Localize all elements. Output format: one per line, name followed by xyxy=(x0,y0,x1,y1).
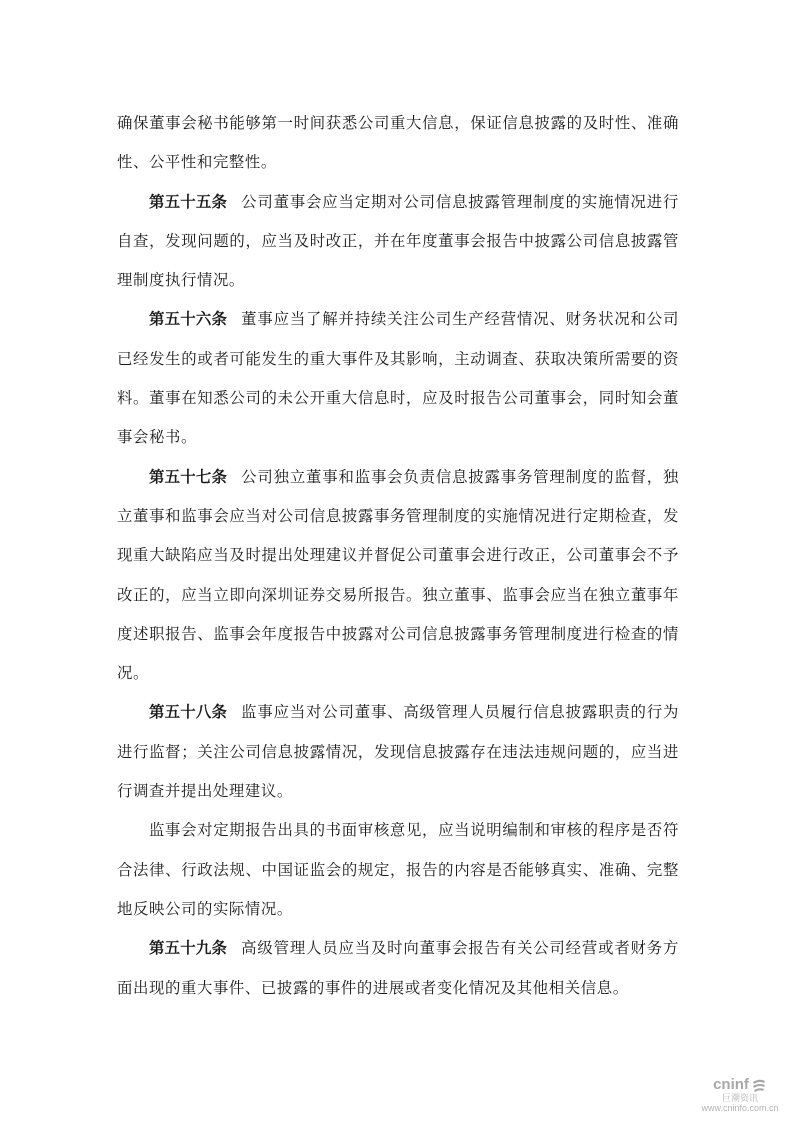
watermark-brand-text: cninf xyxy=(713,1077,749,1093)
article-58-paragraph-2: 监事会对定期报告出具的书面审核意见，应当说明编制和审核的程序是否符合法律、行政法… xyxy=(117,811,679,929)
article-59: 第五十九条高级管理人员应当及时向董事会报告有关公司经营或者财务方面出现的重大事件… xyxy=(117,929,679,1008)
cninfo-watermark: cninf 巨潮资讯 www.cninfo.com.cn xyxy=(695,1077,785,1114)
article-58: 第五十八条监事应当对公司董事、高级管理人员履行信息披露职责的行为进行监督；关注公… xyxy=(117,693,679,811)
article-number: 第五十九条 xyxy=(149,939,227,957)
article-55: 第五十五条公司董事会应当定期对公司信息披露管理制度的实施情况进行自查，发现问题的… xyxy=(117,183,679,301)
cninfo-logo-icon xyxy=(751,1078,767,1092)
article-57: 第五十七条公司独立董事和监事会负责信息披露事务管理制度的监督，独立董事和监事会应… xyxy=(117,458,679,694)
watermark-url: www.cninfo.com.cn xyxy=(695,1103,785,1114)
paragraph-text: 监事会对定期报告出具的书面审核意见，应当说明编制和审核的程序是否符合法律、行政法… xyxy=(117,821,679,918)
article-number: 第五十八条 xyxy=(149,703,227,721)
watermark-name-cn: 巨潮资讯 xyxy=(695,1093,785,1103)
article-number: 第五十六条 xyxy=(149,310,227,328)
paragraph-text: 确保董事会秘书能够第一时间获悉公司重大信息，保证信息披露的及时性、准确性、公平性… xyxy=(117,114,679,171)
article-number: 第五十五条 xyxy=(149,193,227,211)
article-56: 第五十六条董事应当了解并持续关注公司生产经营情况、财务状况和公司已经发生的或者可… xyxy=(117,300,679,457)
article-number: 第五十七条 xyxy=(149,468,227,486)
paragraph-text: 公司独立董事和监事会负责信息披露事务管理制度的监督，独立董事和监事会应当对公司信… xyxy=(117,468,679,682)
watermark-brand: cninf xyxy=(695,1077,785,1093)
paragraph-text: 董事应当了解并持续关注公司生产经营情况、财务状况和公司已经发生的或者可能发生的重… xyxy=(117,310,679,446)
paragraph-continuation: 确保董事会秘书能够第一时间获悉公司重大信息，保证信息披露的及时性、准确性、公平性… xyxy=(117,104,679,183)
document-body: 确保董事会秘书能够第一时间获悉公司重大信息，保证信息披露的及时性、准确性、公平性… xyxy=(117,104,679,1008)
